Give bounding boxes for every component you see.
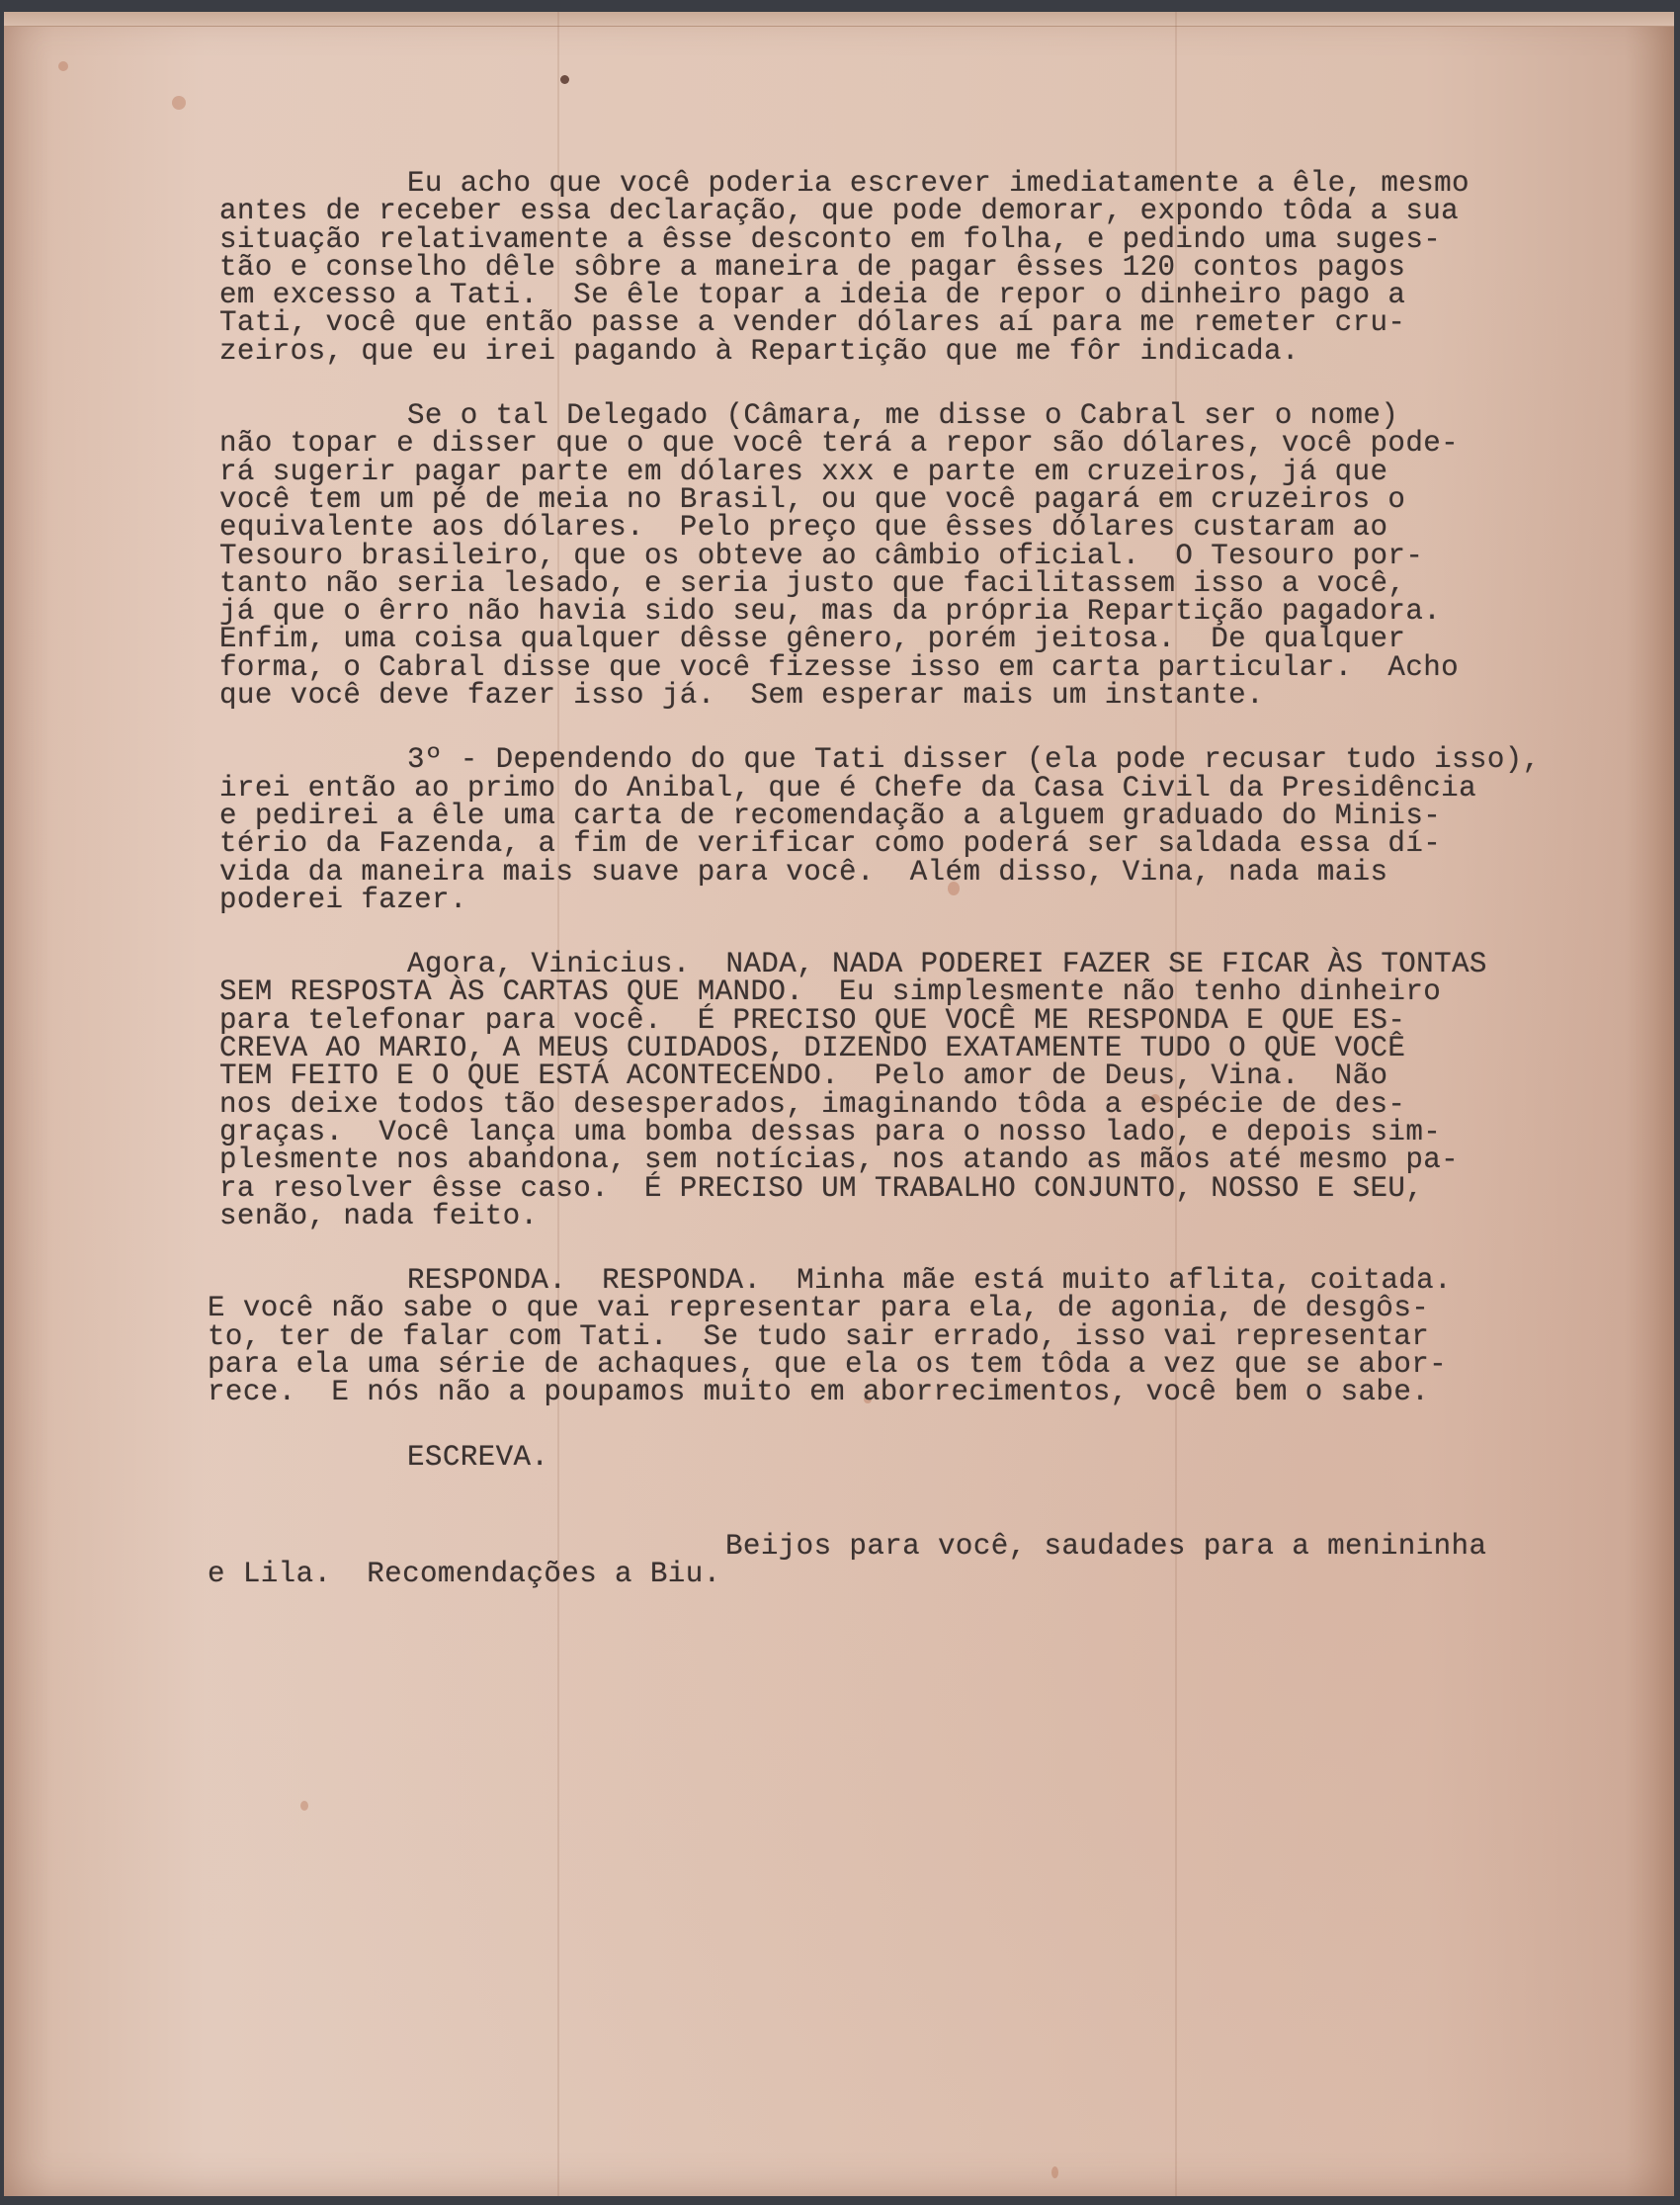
text-line: ESCREVA. [219, 1444, 1642, 1472]
text-line: equivalente aos dólares. Pelo preço que … [219, 514, 1642, 542]
text-line: senão, nada feito. [219, 1203, 1642, 1230]
text-line: Beijos para você, saudades para a menini… [219, 1533, 1642, 1561]
text-line: vida da maneira mais suave para você. Al… [219, 859, 1642, 887]
foxing-spot [1051, 2166, 1058, 2178]
text-line: zeiros, que eu irei pagando à Repartição… [219, 338, 1642, 366]
text-line: tério da Fazenda, a fim de verificar com… [219, 830, 1642, 858]
text-line: já que o êrro não havia sido seu, mas da… [219, 598, 1642, 626]
text-line: que você deve fazer isso já. Sem esperar… [219, 682, 1642, 710]
foxing-spot [300, 1801, 308, 1811]
text-line: RESPONDA. RESPONDA. Minha mãe está muito… [219, 1267, 1642, 1295]
foxing-spot [58, 61, 68, 71]
paragraph-1: Eu acho que você poderia escrever imedia… [219, 170, 1642, 366]
paragraph-5: RESPONDA. RESPONDA. Minha mãe está muito… [219, 1267, 1642, 1406]
text-line: situação relativamente a êsse desconto e… [219, 226, 1642, 254]
paragraph-6: ESCREVA. [219, 1444, 1642, 1472]
text-line: poderei fazer. [219, 887, 1642, 914]
paragraph-3: 3º - Dependendo do que Tati disser (ela … [219, 746, 1642, 914]
text-line: rece. E nós não a poupamos muito em abor… [208, 1379, 1642, 1406]
paper-sheet: Eu acho que você poderia escrever imedia… [4, 12, 1674, 2196]
text-line: Tati, você que então passe a vender dóla… [219, 309, 1642, 337]
text-line: Enfim, uma coisa qualquer dêsse gênero, … [219, 626, 1642, 653]
text-line: não topar e disser que o que você terá a… [219, 430, 1642, 458]
ink-dot [560, 75, 569, 84]
text-line: tão e conselho dêle sôbre a maneira de p… [219, 254, 1642, 282]
text-line: graças. Você lança uma bomba dessas para… [219, 1119, 1642, 1146]
text-line: e Lila. Recomendações a Biu. [208, 1561, 1642, 1588]
paper-top-edge [4, 12, 1674, 27]
text-line: to, ter de falar com Tati. Se tudo sair … [208, 1323, 1642, 1351]
text-line: 3º - Dependendo do que Tati disser (ela … [219, 746, 1642, 774]
text-line: para ela uma série de achaques, que ela … [208, 1351, 1642, 1379]
text-line: tanto não seria lesado, e seria justo qu… [219, 570, 1642, 598]
text-line: ra resolver êsse caso. É PRECISO UM TRAB… [219, 1175, 1642, 1203]
text-line: Eu acho que você poderia escrever imedia… [219, 170, 1642, 198]
paragraph-4: Agora, Vinicius. NADA, NADA PODEREI FAZE… [219, 951, 1642, 1230]
text-line: e pedirei a êle uma carta de recomendaçã… [219, 803, 1642, 830]
paragraph-2: Se o tal Delegado (Câmara, me disse o Ca… [219, 402, 1642, 710]
text-line: você tem um pé de meia no Brasil, ou que… [219, 486, 1642, 514]
text-line: nos deixe todos tão desesperados, imagin… [219, 1091, 1642, 1119]
text-line: plesmente nos abandona, sem notícias, no… [219, 1146, 1642, 1174]
text-line: forma, o Cabral disse que você fizesse i… [219, 654, 1642, 682]
text-line: E você não sabe o que vai representar pa… [208, 1295, 1642, 1322]
closing: Beijos para você, saudades para a menini… [219, 1533, 1642, 1589]
text-line: em excesso a Tati. Se êle topar a ideia … [219, 282, 1642, 309]
text-line: rá sugerir pagar parte em dólares xxx e … [219, 459, 1642, 486]
letter-body: Eu acho que você poderia escrever imedia… [219, 170, 1642, 1625]
text-line: antes de receber essa declaração, que po… [219, 198, 1642, 225]
text-line: TEM FEITO E O QUE ESTÁ ACONTECENDO. Pelo… [219, 1062, 1642, 1090]
text-line: Se o tal Delegado (Câmara, me disse o Ca… [219, 402, 1642, 430]
text-line: SEM RESPOSTA ÀS CARTAS QUE MANDO. Eu sim… [219, 978, 1642, 1006]
foxing-spot [172, 96, 186, 110]
text-line: para telefonar para você. É PRECISO QUE … [219, 1007, 1642, 1035]
text-line: irei então ao primo do Anibal, que é Che… [219, 775, 1642, 803]
text-line: Tesouro brasileiro, que os obteve ao câm… [219, 543, 1642, 570]
